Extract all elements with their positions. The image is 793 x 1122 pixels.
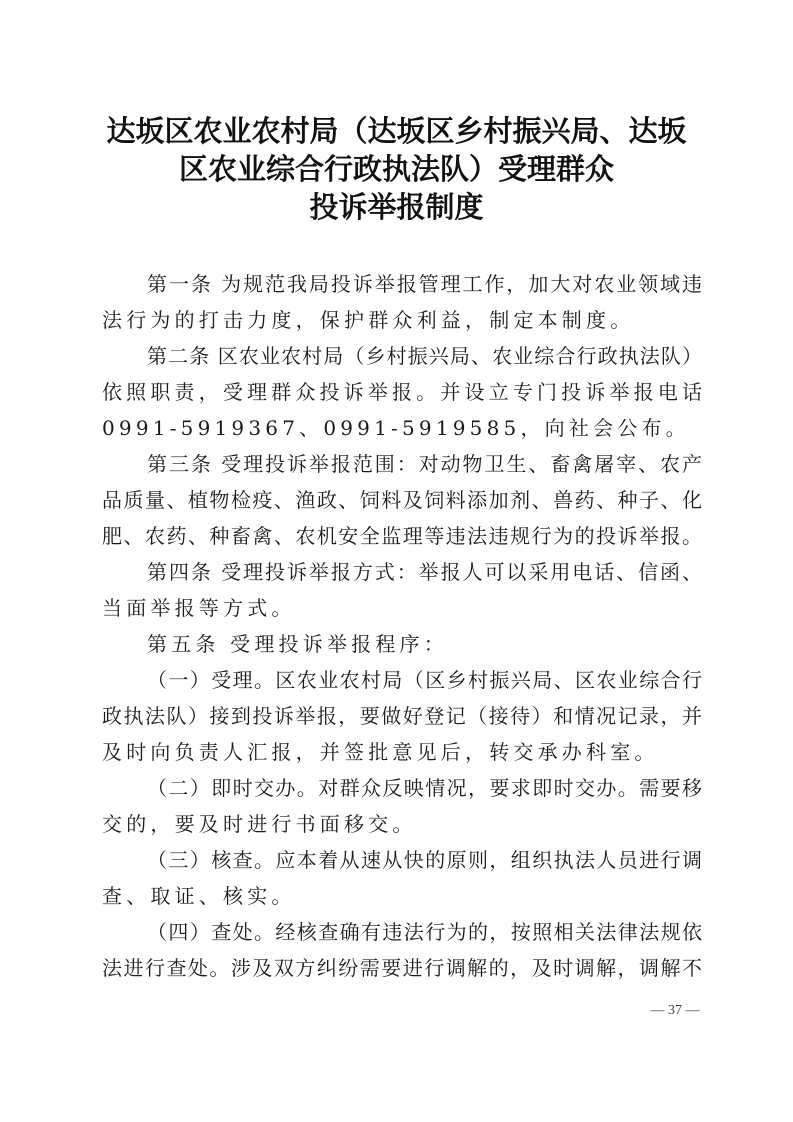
body-line: （四）查处。经核查确有违法行为的，按照相关法律法规依 xyxy=(102,914,702,950)
body-line: 政执法队）接到投诉举报，要做好登记（接待）和情况记录，并 xyxy=(102,698,702,734)
title-line-2: 区农业综合行政执法队）受理群众 xyxy=(60,150,733,188)
body-line: 交的，要及时进行书面移交。 xyxy=(102,806,702,842)
body-line: 依照职责，受理群众投诉举报。并设立专门投诉举报电话 xyxy=(102,374,702,410)
body-line: 第三条 受理投诉举报范围：对动物卫生、畜禽屠宰、农产 xyxy=(102,446,702,482)
body-line: 第五条 受理投诉举报程序： xyxy=(102,626,702,662)
body-line: 肥、农药、种畜禽、农机安全监理等违法违规行为的投诉举报。 xyxy=(102,518,702,554)
document-page: 达坂区农业农村局（达坂区乡村振兴局、达坂 区农业综合行政执法队）受理群众 投诉举… xyxy=(0,0,793,1122)
body-line: （二）即时交办。对群众反映情况，要求即时交办。需要移 xyxy=(102,770,702,806)
body-line: 当面举报等方式。 xyxy=(102,590,702,626)
body-line: （一）受理。区农业农村局（区乡村振兴局、区农业综合行 xyxy=(102,662,702,698)
document-title: 达坂区农业农村局（达坂区乡村振兴局、达坂 区农业综合行政执法队）受理群众 投诉举… xyxy=(60,112,733,226)
title-line-3: 投诉举报制度 xyxy=(60,188,733,226)
title-line-1: 达坂区农业农村局（达坂区乡村振兴局、达坂 xyxy=(60,112,733,150)
body-line: 第二条 区农业农村局（乡村振兴局、农业综合行政执法队） xyxy=(102,338,702,374)
body-line: （三）核查。应本着从速从快的原则，组织执法人员进行调 xyxy=(102,842,702,878)
body-line: 查、取证、核实。 xyxy=(102,878,702,914)
body-line: 法行为的打击力度，保护群众利益，制定本制度。 xyxy=(102,302,702,338)
body-line: 第一条 为规范我局投诉举报管理工作，加大对农业领域违 xyxy=(102,266,702,302)
document-body: 第一条 为规范我局投诉举报管理工作，加大对农业领域违 法行为的打击力度，保护群众… xyxy=(102,266,702,986)
body-line: 及时向负责人汇报，并签批意见后，转交承办科室。 xyxy=(102,734,702,770)
body-line: 0991-5919367、0991-5919585，向社会公布。 xyxy=(102,410,702,446)
body-line: 第四条 受理投诉举报方式：举报人可以采用电话、信函、 xyxy=(102,554,702,590)
body-line: 法进行查处。涉及双方纠纷需要进行调解的，及时调解，调解不 xyxy=(102,950,702,986)
body-line: 品质量、植物检疫、渔政、饲料及饲料添加剂、兽药、种子、化 xyxy=(102,482,702,518)
page-number: — 37 — xyxy=(610,1003,740,1019)
